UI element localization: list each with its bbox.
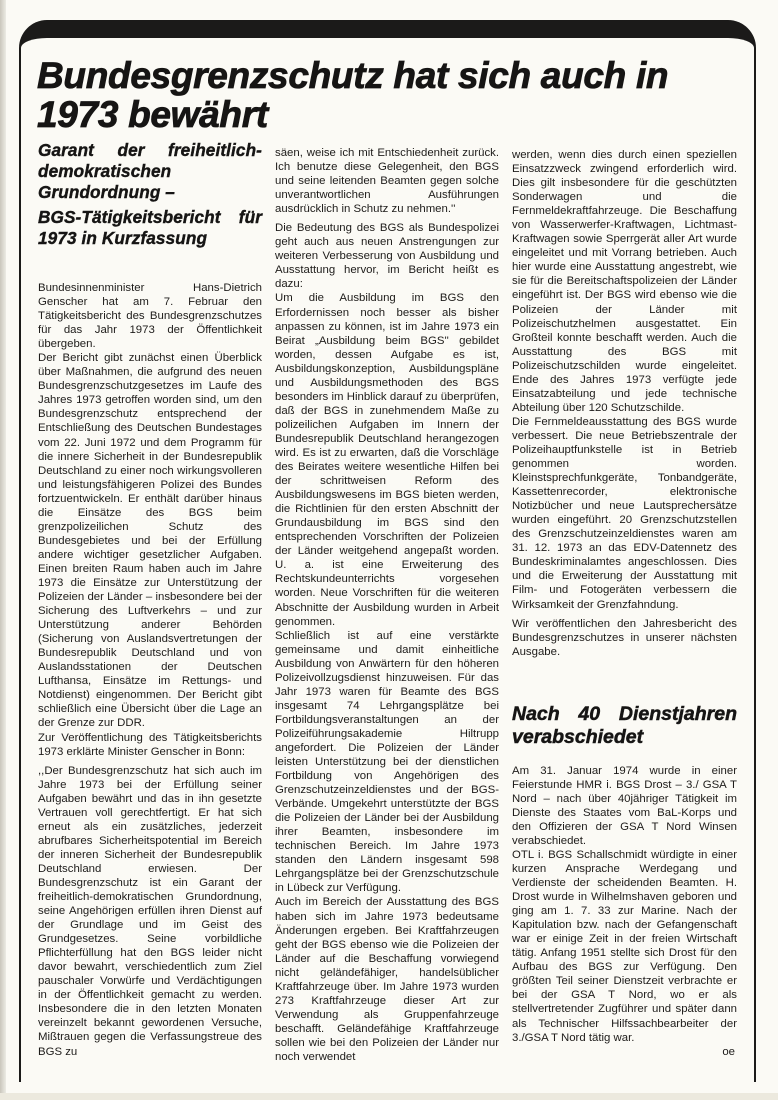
paragraph: Am 31. Januar 1974 wurde in einer Feiers… — [512, 764, 737, 848]
column-3: werden, wenn dies durch einen speziellen… — [512, 148, 737, 1059]
author-initials: oe — [722, 1045, 735, 1059]
paragraph: Auch im Bereich der Ausstattung des BGS … — [275, 895, 499, 1064]
paragraph: Schließlich ist auf eine verstärkte geme… — [275, 629, 499, 896]
column-2: säen, weise ich mit Entschiedenheit zurü… — [275, 146, 499, 1064]
subheading-taetigkeitsbericht: BGS-Tätigkeitsbericht für 1973 in Kurzfa… — [38, 207, 262, 249]
scan-page-bottom — [0, 1093, 778, 1100]
scan-page-edge — [0, 0, 6, 1100]
paragraph: OTL i. BGS Schallschmidt würdigte in ein… — [512, 848, 737, 1045]
paragraph: Der Bericht gibt zunächst einen Überblic… — [38, 351, 262, 730]
paragraph: Bundesinnenminister Hans-Dietrich Gensch… — [38, 281, 262, 351]
article-headline: Bundesgrenzschutz hat sich auch in 1973 … — [37, 56, 737, 134]
quote-paragraph: ,,Der Bundesgrenzschutz hat sich auch im… — [38, 764, 262, 1059]
quote-paragraph: säen, weise ich mit Entschiedenheit zurü… — [275, 146, 499, 216]
spacer — [38, 253, 262, 281]
paragraph: werden, wenn dies durch einen speziellen… — [512, 148, 737, 415]
paragraph: Die Fernmeldeausstattung des BGS wurde v… — [512, 415, 737, 612]
column-1: Garant der freiheitlich-demokratischen G… — [38, 140, 262, 1059]
paragraph: Um die Ausbildung im BGS den Erfordernis… — [275, 291, 499, 628]
subheading-grundordnung: Garant der freiheitlich-demokratischen G… — [38, 140, 262, 203]
paragraph: Zur Veröffentlichung des Tätigkeitsberic… — [38, 731, 262, 759]
retirement-heading: Nach 40 Dienstjahren verabschiedet — [512, 703, 737, 749]
paragraph: Die Bedeutung des BGS als Bundespolizei … — [275, 221, 499, 291]
closing-paragraph: Wir veröffentlichen den Jahresbericht de… — [512, 617, 737, 659]
